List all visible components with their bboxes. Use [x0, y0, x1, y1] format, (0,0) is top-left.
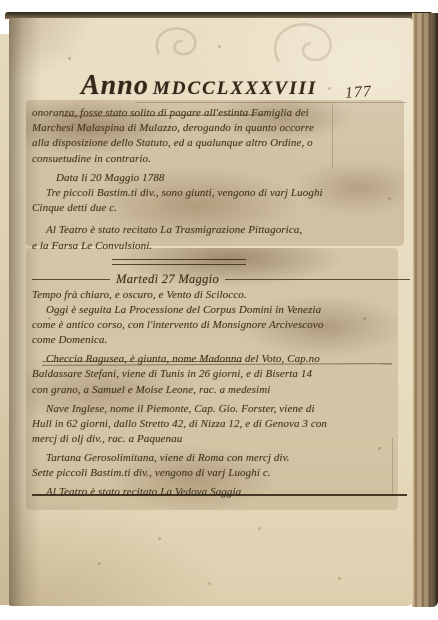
manuscript-line: Nave Inglese, nome il Piemonte, Cap. Gio… — [32, 402, 406, 417]
divider-rule — [32, 279, 110, 280]
underline — [42, 361, 242, 362]
manuscript-line: Tartana Gerosolimitana, viene di Roma co… — [32, 451, 406, 466]
manuscript-page: 177 Anno MDCCLXXXVIII onoranza, fosse st… — [9, 18, 413, 606]
divider-rule — [225, 279, 410, 280]
manuscript-line: Oggi è seguita La Processione del Corpus… — [32, 303, 406, 318]
ink-flourish-icon — [129, 18, 359, 74]
manuscript-line: Al Teatro è stato recitato La Vedova Sag… — [32, 485, 406, 500]
year-heading-numerals: MDCCLXXXVIII — [153, 78, 317, 99]
year-heading-word: Anno — [81, 70, 149, 101]
manuscript-line: mercj di olj div., rac. a Paquenau — [32, 432, 406, 447]
year-heading: Anno MDCCLXXXVIII — [81, 70, 317, 102]
entry-27-maggio: Tempo frà chiaro, e oscuro, e Vento di S… — [32, 288, 406, 500]
manuscript-line: con grano, a Samuel e Moise Leone, rac. … — [32, 383, 406, 398]
page-edges-right — [412, 13, 438, 607]
manuscript-line: e la Farsa Le Convulsioni. — [32, 239, 406, 254]
manuscript-line: onoranza, fosse stato solito di pagare a… — [32, 106, 406, 121]
ruled-line — [135, 102, 407, 103]
manuscript-line: Tempo frà chiaro, e oscuro, e Vento di S… — [32, 288, 406, 303]
manuscript-line: alla disposizione dello Statuto, ed a qu… — [32, 136, 406, 151]
manuscript-line: Hull in 62 giorni, dallo Stretto 42, di … — [32, 417, 406, 432]
divider-double-rule — [112, 259, 246, 265]
entry-20-maggio: onoranza, fosse stato solito di pagare a… — [32, 106, 406, 254]
folio-number: 177 — [344, 83, 372, 103]
manuscript-line: Al Teatro è stato recitato La Trasmigraz… — [32, 223, 406, 238]
foxing-specks — [9, 18, 10, 19]
date-heading-row: Martedì 27 Maggio — [32, 270, 410, 288]
manuscript-line: come Domenica. — [32, 333, 406, 348]
manuscript-line: Sette piccoli Bastim.ti div., vengono di… — [32, 466, 406, 481]
manuscript-line: come è antico corso, con l'intervento di… — [32, 318, 406, 333]
manuscript-line: Data li 20 Maggio 1788 — [32, 171, 406, 186]
manuscript-line: Cinque detti due c. — [32, 201, 406, 216]
book-scan: 177 Anno MDCCLXXXVIII onoranza, fosse st… — [0, 0, 438, 620]
manuscript-line: consuetudine in contrario. — [32, 152, 406, 167]
manuscript-line: Tre piccoli Bastim.ti div., sono giunti,… — [32, 186, 406, 201]
closing-rule — [32, 494, 407, 496]
date-heading: Martedì 27 Maggio — [116, 272, 219, 287]
manuscript-line: Marchesi Malaspina di Mulazzo, derogando… — [32, 121, 406, 136]
manuscript-line: Baldassare Stefani, viene di Tunis in 26… — [32, 367, 406, 382]
facing-page-sliver — [0, 34, 9, 605]
